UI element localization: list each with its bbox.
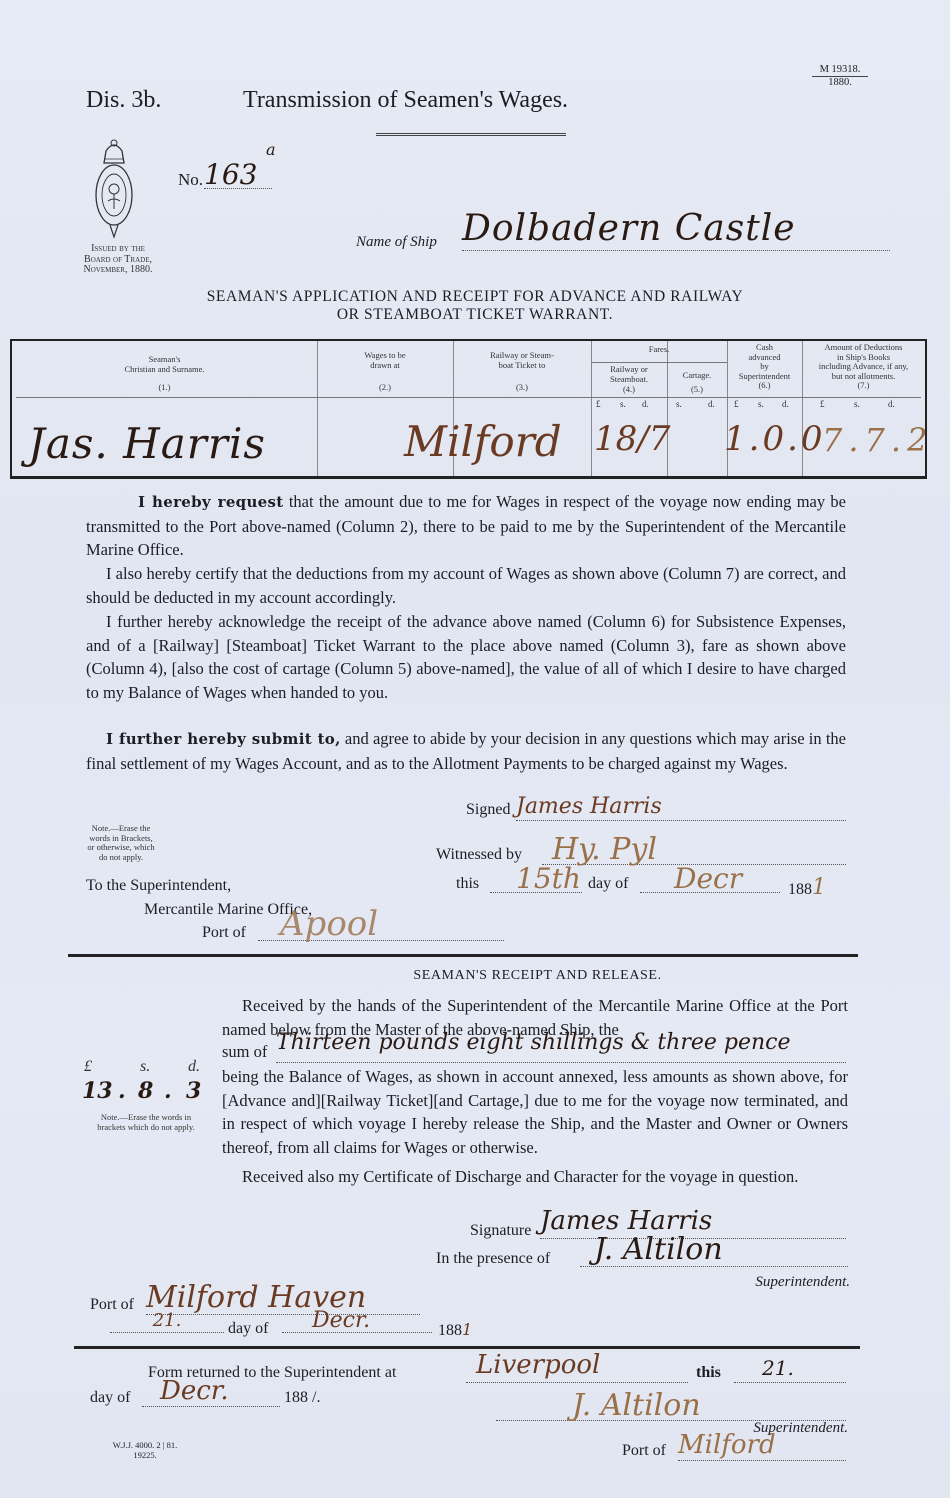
ship-name-value: Dolbadern Castle — [462, 208, 796, 249]
footer-port-label: Port of — [622, 1442, 666, 1460]
year-suffix: 1 — [812, 875, 826, 900]
header-bottom-rule — [16, 397, 921, 398]
printer-mark: W.J.J. 4000. 2 | 81. 19225. — [90, 1440, 200, 1460]
title-rule — [376, 133, 566, 136]
lsd-shilling-header: s. — [140, 1058, 150, 1076]
signed-value: James Harris — [516, 794, 662, 819]
footer-day-of-label: day of — [90, 1389, 130, 1407]
application-heading-line-2: OR STEAMBOAT TICKET WARRANT. — [0, 306, 950, 324]
year-field[interactable]: 1881 — [788, 875, 826, 900]
day-of-label: day of — [588, 875, 628, 893]
superintendent-label: Superintendent. — [730, 1274, 850, 1291]
returned-at-value: Liverpool — [476, 1350, 600, 1380]
column-header-wages-drawn-at: Wages to be drawn at — [317, 351, 453, 370]
fares-group-header: Fares. — [591, 345, 727, 355]
column-header-cash-advanced: Cash advanced by Superintendent — [727, 343, 802, 381]
unit-pence: d. — [642, 399, 649, 409]
sum-value: Thirteen pounds eight shillings & three … — [276, 1030, 791, 1055]
application-heading: SEAMAN'S APPLICATION AND RECEIPT FOR ADV… — [0, 288, 950, 324]
request-lead: I hereby request — [138, 493, 284, 511]
cell-railway-fare[interactable]: 18/7 — [594, 419, 670, 459]
wages-table: Seaman's Christian and Surname. (1.) Wag… — [10, 339, 927, 479]
column-header-name: Seaman's Christian and Surname. — [12, 355, 317, 374]
footer-this-label: this — [696, 1364, 721, 1382]
cell-cartage[interactable] — [670, 419, 724, 469]
request-paragraph: I hereby request that the amount due to … — [86, 490, 846, 562]
footer-this-field[interactable]: 21. — [734, 1356, 846, 1383]
number-value: 163 — [204, 158, 257, 191]
signed-field[interactable]: James Harris — [516, 794, 846, 821]
unit-shilling: s. — [758, 399, 764, 409]
sum-label: sum of — [222, 1042, 267, 1062]
column-num-2: (2.) — [317, 383, 453, 393]
application-heading-line-1: SEAMAN'S APPLICATION AND RECEIPT FOR ADV… — [0, 288, 950, 306]
receipt-month-field[interactable]: Decr. — [282, 1308, 432, 1333]
document-page: M 19318. 1880. Dis. 3b. Transmission of … — [0, 0, 950, 1498]
receipt-year-suffix: 1 — [462, 1320, 472, 1339]
this-label: this — [456, 875, 479, 893]
column-num-1: (1.) — [12, 383, 317, 393]
sum-field[interactable]: Thirteen pounds eight shillings & three … — [276, 1030, 846, 1063]
lsd-pence-header: d. — [188, 1058, 200, 1076]
footer-year: 188 /. — [284, 1389, 320, 1407]
form-reference: M 19318. 1880. — [812, 64, 868, 88]
unit-shilling: s. — [854, 399, 860, 409]
footer-this-value: 21. — [762, 1356, 794, 1380]
port-value: Apool — [280, 904, 378, 944]
footer-month-field[interactable]: Decr. — [142, 1376, 280, 1407]
unit-shilling: s. — [676, 399, 682, 409]
column-header-deductions: Amount of Deductions in Ship's Books inc… — [802, 343, 925, 381]
unit-pence: d. — [782, 399, 789, 409]
receipt-year-prefix: 188 — [438, 1322, 462, 1339]
month-field[interactable]: Decr — [640, 862, 780, 893]
page-title: Transmission of Seamen's Wages. — [243, 87, 568, 114]
column-header-railway-fare: Railway or Steamboat. — [591, 365, 667, 384]
signed-label: Signed — [466, 801, 510, 819]
cell-cash-advanced[interactable]: 1.0.0 — [724, 419, 826, 459]
receipt-brackets-note: Note.—Erase the words in brackets which … — [96, 1113, 196, 1132]
receipt-day-field[interactable]: 21. — [110, 1310, 224, 1333]
fares-group-rule — [591, 362, 727, 363]
receipt-heading: SEAMAN'S RECEIPT AND RELEASE. — [0, 968, 950, 984]
receipt-month-value: Decr. — [312, 1308, 370, 1333]
lsd-shillings: 8 — [138, 1078, 153, 1104]
board-of-trade-crest-icon — [92, 137, 136, 243]
certificate-paragraph: Received also my Certificate of Discharg… — [222, 1165, 848, 1189]
unit-pence: d. — [708, 399, 715, 409]
receipt-paragraph-b: being the Balance of Wages, as shown in … — [222, 1065, 848, 1159]
footer-port-value: Milford — [678, 1430, 776, 1460]
form-code: Dis. 3b. — [86, 87, 161, 114]
column-num-3: (3.) — [453, 383, 591, 393]
certify-paragraph: I also hereby certify that the deduction… — [86, 562, 846, 609]
footer-divider — [74, 1346, 860, 1349]
unit-pound: £ — [734, 399, 739, 409]
issued-line-3: November, 1880. — [62, 265, 174, 276]
returned-at-field[interactable]: Liverpool — [466, 1350, 688, 1383]
column-header-ticket-to: Railway or Steam- boat Ticket to — [453, 351, 591, 370]
cell-seaman-name[interactable]: Jas. Harris — [28, 419, 266, 468]
ship-name-field[interactable]: Dolbadern Castle — [462, 208, 890, 251]
column-num-6: (6.) — [727, 381, 802, 391]
issued-line-1: Issued by the — [62, 244, 174, 255]
signature-label: Signature — [470, 1222, 531, 1240]
footer-port-field[interactable]: Milford — [678, 1430, 846, 1461]
footer-month-value: Decr. — [160, 1376, 229, 1406]
printer-line-1: W.J.J. 4000. 2 | 81. — [90, 1440, 200, 1450]
receipt-year-field[interactable]: 1881 — [438, 1320, 472, 1340]
form-ref-year: 1880. — [812, 77, 868, 88]
lsd-pounds: 13 — [82, 1078, 113, 1104]
acknowledge-paragraph: I further hereby acknowledge the receipt… — [86, 610, 846, 704]
column-header-cartage: Cartage. — [667, 371, 727, 381]
submit-paragraph: I further hereby submit to, and agree to… — [86, 727, 846, 775]
issued-by-note: Issued by the Board of Trade, November, … — [62, 244, 174, 276]
unit-pence: d. — [888, 399, 895, 409]
brackets-note: Note.—Erase the words in Brackets, or ot… — [86, 824, 156, 862]
number-field[interactable]: 163 — [204, 158, 272, 189]
presence-field[interactable]: J. Altilon — [580, 1232, 848, 1267]
presence-label: In the presence of — [436, 1250, 550, 1268]
lsd-pound-header: £ — [84, 1058, 92, 1076]
submit-lead: I further hereby submit to, — [106, 730, 341, 748]
presence-value: J. Altilon — [594, 1232, 723, 1267]
to-superintendent: To the Superintendent, — [86, 877, 231, 895]
day-field[interactable]: 15th — [490, 862, 582, 893]
month-value: Decr — [674, 862, 742, 895]
section-divider — [68, 954, 858, 957]
printer-line-2: 19225. — [90, 1450, 200, 1460]
footer-signature-field[interactable]: J. Altilon — [496, 1388, 846, 1421]
witnessed-field[interactable]: Hy. Pyl — [542, 832, 846, 865]
footer-signature-value: J. Altilon — [572, 1388, 701, 1423]
unit-pound: £ — [820, 399, 825, 409]
unit-shilling: s. — [620, 399, 626, 409]
lsd-pence: 3 — [186, 1078, 201, 1104]
unit-pound: £ — [596, 399, 601, 409]
cell-deductions[interactable]: 7.7.2 — [822, 421, 933, 459]
ship-name-label: Name of Ship — [356, 234, 437, 251]
column-num-4: (4.) — [591, 385, 667, 395]
cell-ticket-to[interactable]: Milford — [404, 417, 562, 466]
form-ref-number: M 19318. — [812, 64, 868, 77]
receipt-day-of-label: day of — [228, 1320, 268, 1338]
number-suffix: a — [266, 140, 276, 159]
year-prefix: 188 — [788, 881, 812, 898]
column-num-7: (7.) — [802, 381, 925, 391]
day-value: 15th — [516, 862, 581, 895]
column-num-5: (5.) — [667, 385, 727, 395]
receipt-day-value: 21. — [153, 1310, 182, 1331]
number-label: No. — [178, 170, 203, 190]
port-field[interactable]: Apool — [258, 904, 504, 941]
port-of-label: Port of — [202, 924, 246, 942]
lsd-values[interactable]: 13 . 8 . 3 — [82, 1078, 212, 1108]
